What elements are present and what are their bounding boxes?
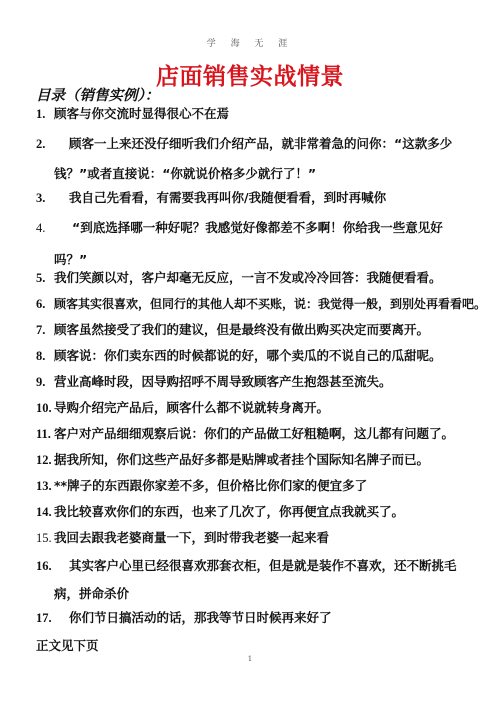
toc-item-15: 15.我回去跟我老婆商量一下，到时带我老婆一起来看 (36, 525, 476, 551)
item-number: 2. (36, 131, 69, 157)
item-text: 我们笑颜以对，客户却毫无反应，一言不发或冷冷回答：我随便看看。 (54, 270, 442, 285)
item-number: 11. (36, 421, 54, 447)
toc-item-6: 6.顾客其实很喜欢，但同行的其他人却不买账，说：我觉得一般，到别处再看看吧。 (36, 291, 476, 317)
item-number: 1. (36, 101, 54, 127)
item-text: 我比较喜欢你们的东西，也来了几次了，你再便宜点我就买了。 (54, 504, 404, 519)
item-number: 6. (36, 291, 54, 317)
item-text: **牌子的东西跟你家差不多，但价格比你们家的便宜多了 (54, 478, 367, 493)
toc-item-12: 12.据我所知，你们这些产品好多都是贴牌或者挂个国际知名牌子而已。 (36, 447, 476, 473)
item-text: 我自己先看看，有需要我再叫你/我随便看看，到时再喊你 (69, 190, 386, 205)
item-text: 顾客虽然接受了我们的建议，但是最终没有做出购买决定而要离开。 (54, 322, 429, 337)
item-number: 8. (36, 343, 54, 369)
item-text: 顾客其实很喜欢，但同行的其他人却不买账，说：我觉得一般，到别处再看看吧。 (54, 297, 486, 311)
toc-item-16: 16.其实客户心里已经很喜欢那套衣柜，但是就是装作不喜欢，还不断挑毛 病，拼命杀… (36, 553, 476, 607)
toc-item-1: 1.顾客与你交流时显得很心不在焉 (36, 101, 476, 127)
item-number: 13. (36, 473, 54, 499)
item-number: 4. (36, 215, 72, 241)
item-number: 9. (36, 369, 54, 395)
toc-item-8: 8.顾客说：你们卖东西的时候都说的好，哪个卖瓜的不说自己的瓜甜呢。 (36, 343, 476, 369)
item-continuation: 病，拼命杀价 (36, 581, 476, 607)
toc-item-10: 10.导购介绍完产品后，顾客什么都不说就转身离开。 (36, 395, 476, 421)
item-text: 其实客户心里已经很喜欢那套衣柜，但是就是装作不喜欢，还不断挑毛 (69, 558, 457, 573)
item-text: 营业高峰时段，因导购招呼不周导致顾客产生抱怨甚至流失。 (54, 374, 392, 389)
item-text: 我回去跟我老婆商量一下，到时带我老婆一起来看 (54, 530, 329, 545)
item-number: 3. (36, 185, 69, 211)
toc-item-2: 2.顾客一上来还没仔细听我们介绍产品，就非常着急的问你：“这款多少 钱？”或者直… (36, 131, 476, 187)
item-number: 14. (36, 499, 54, 525)
item-continuation: 钱？”或者直接说：“你就说价格多少就行了！” (36, 161, 476, 187)
item-text: 据我所知，你们这些产品好多都是贴牌或者挂个国际知名牌子而已。 (54, 452, 429, 467)
toc-item-17: 17.你们节日搞活动的话，那我等节日时候再来好了 (36, 605, 476, 631)
toc-item-13: 13.**牌子的东西跟你家差不多，但价格比你们家的便宜多了 (36, 473, 476, 499)
item-text: 顾客一上来还没仔细听我们介绍产品，就非常着急的问你：“这款多少 (69, 136, 452, 151)
item-text: 你们节日搞活动的话，那我等节日时候再来好了 (69, 610, 332, 625)
item-number: 5. (36, 265, 54, 291)
footer-note: 正文见下页 (36, 636, 99, 654)
toc-item-9: 9.营业高峰时段，因导购招呼不周导致顾客产生抱怨甚至流失。 (36, 369, 476, 395)
item-number: 16. (36, 553, 69, 579)
toc-item-3: 3.我自己先看看，有需要我再叫你/我随便看看，到时再喊你 (36, 185, 476, 211)
item-text: 顾客与你交流时显得很心不在焉 (54, 106, 229, 121)
item-number: 12. (36, 447, 54, 473)
header-motto: 学 海 无 涯 (0, 36, 500, 49)
item-text: 客户对产品细细观察后说：你们的产品做工好粗糙啊，这儿都有问题了。 (54, 426, 454, 441)
item-text: 导购介绍完产品后，顾客什么都不说就转身离开。 (54, 400, 329, 415)
toc-item-7: 7.顾客虽然接受了我们的建议，但是最终没有做出购买决定而要离开。 (36, 317, 476, 343)
item-text: 顾客说：你们卖东西的时候都说的好，哪个卖瓜的不说自己的瓜甜呢。 (54, 348, 442, 363)
item-number: 10. (36, 395, 54, 421)
toc-item-5: 5.我们笑颜以对，客户却毫无反应，一言不发或冷冷回答：我随便看看。 (36, 265, 476, 291)
toc-item-11: 11.客户对产品细细观察后说：你们的产品做工好粗糙啊，这儿都有问题了。 (36, 421, 476, 447)
document-page: 学 海 无 涯 店面销售实战情景 目录（销售实例）： 1.顾客与你交流时显得很心… (0, 0, 500, 707)
page-number: 1 (0, 655, 500, 663)
toc-item-14: 14.我比较喜欢你们的东西，也来了几次了，你再便宜点我就买了。 (36, 499, 476, 525)
item-number: 15. (36, 525, 54, 551)
item-number: 17. (36, 605, 69, 631)
item-number: 7. (36, 317, 54, 343)
item-text: “到底选择哪一种好呢？我感觉好像都差不多啊！你给我一些意见好 (72, 220, 443, 235)
